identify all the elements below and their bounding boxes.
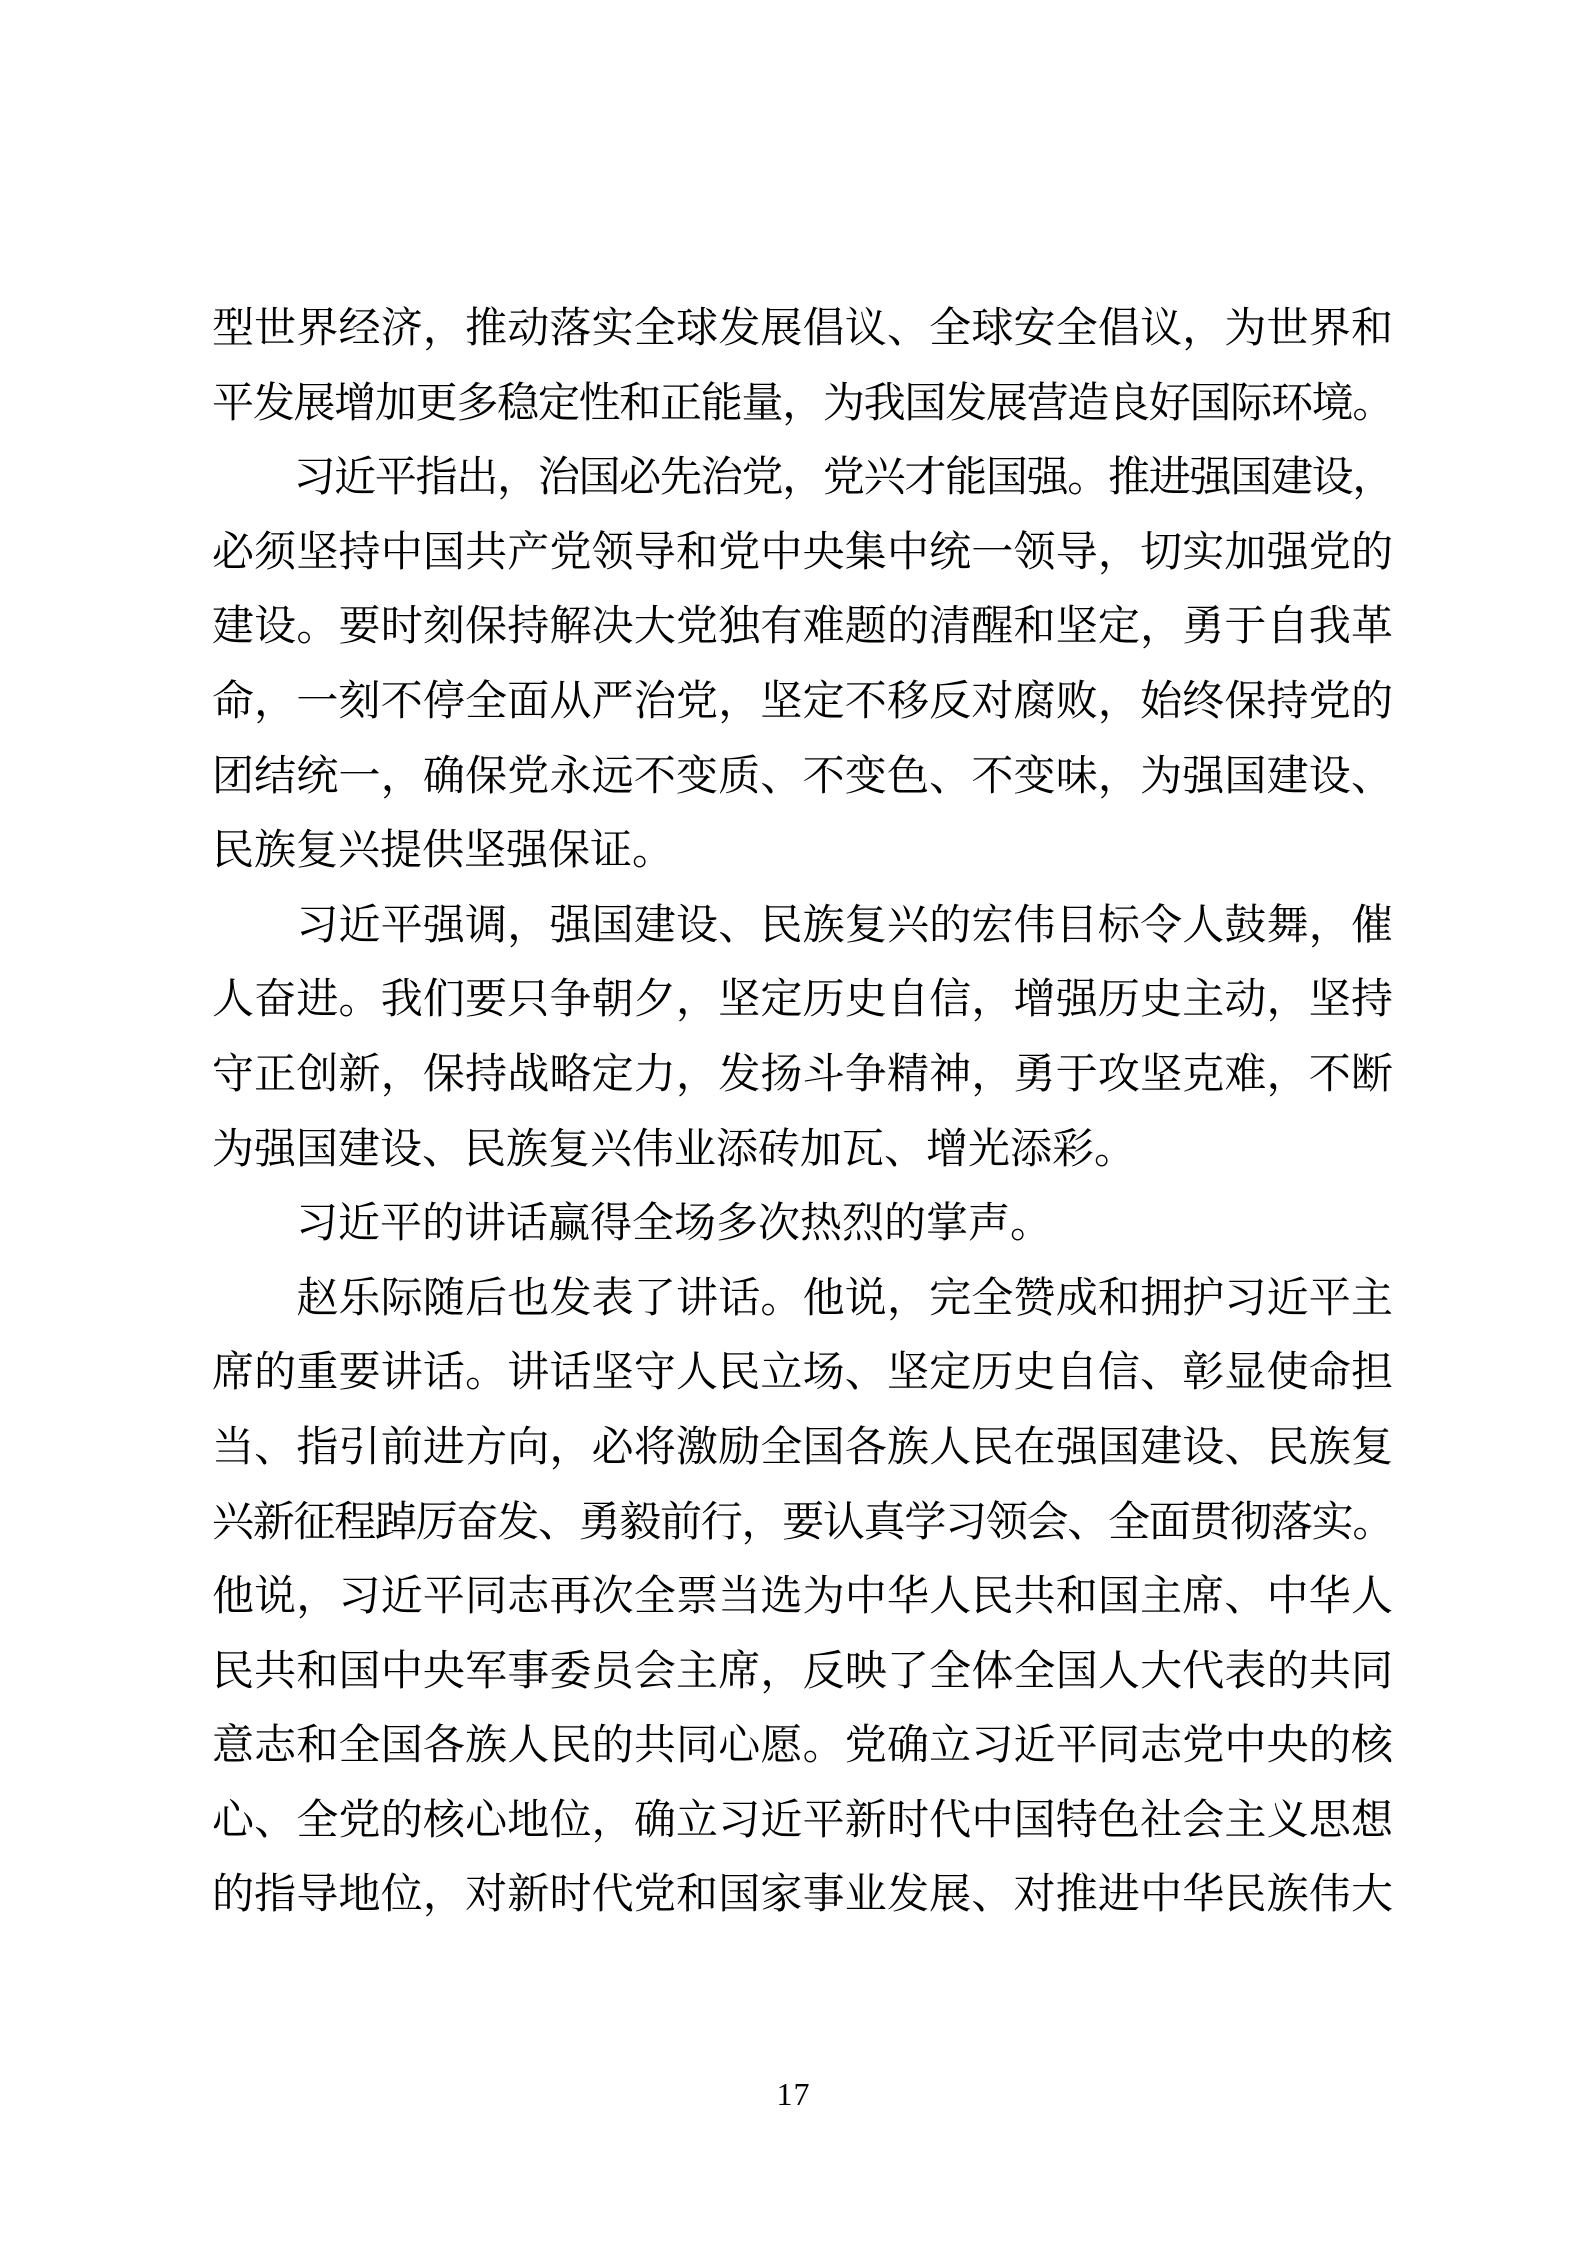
page-footer: 17 [0,2076,1587,2112]
text-line: 守正创新，保持战略定力，发扬斗争精神，勇于攻坚克难，不断 [212,1038,1393,1113]
paragraph: 习近平强调，强国建设、民族复兴的宏伟目标令人鼓舞，催人奋进。我们要只争朝夕，坚定… [212,889,1393,1187]
text-line: 必须坚持中国共产党领导和党中央集中统一领导，切实加强党的 [212,516,1393,591]
text-line: 当、指引前进方向，必将激励全国各族人民在强国建设、民族复 [212,1411,1393,1486]
text-line: 席的重要讲话。讲话坚守人民立场、坚定历史自信、彰显使命担 [212,1336,1393,1411]
text-line: 人奋进。我们要只争朝夕，坚定历史自信，增强历史主动，坚持 [212,963,1393,1038]
text-line: 建设。要时刻保持解决大党独有难题的清醒和坚定，勇于自我革 [212,590,1393,665]
page-number: 17 [777,2076,811,2112]
text-line: 型世界经济，推动落实全球发展倡议、全球安全倡议，为世界和 [212,292,1393,367]
text-line: 意志和全国各族人民的共同心愿。党确立习近平同志党中央的核 [212,1709,1393,1784]
text-line: 兴新征程踔厉奋发、勇毅前行，要认真学习领会、全面贯彻落实。 [212,1486,1393,1561]
text-line: 民共和国中央军事委员会主席，反映了全体全国人大代表的共同 [212,1635,1393,1710]
text-line: 心、全党的核心地位，确立习近平新时代中国特色社会主义思想 [212,1784,1393,1859]
text-line: 命，一刻不停全面从严治党，坚定不移反对腐败，始终保持党的 [212,665,1393,740]
paragraph: 习近平的讲话赢得全场多次热烈的掌声。 [212,1187,1393,1262]
text-line: 习近平强调，强国建设、民族复兴的宏伟目标令人鼓舞，催 [212,889,1393,964]
text-line: 习近平的讲话赢得全场多次热烈的掌声。 [212,1187,1393,1262]
text-line: 平发展增加更多稳定性和正能量，为我国发展营造良好国际环境。 [212,367,1393,442]
document-page: 型世界经济，推动落实全球发展倡议、全球安全倡议，为世界和平发展增加更多稳定性和正… [0,0,1587,2245]
paragraph: 习近平指出，治国必先治党，党兴才能国强。推进强国建设，必须坚持中国共产党领导和党… [212,441,1393,889]
document-body: 型世界经济，推动落实全球发展倡议、全球安全倡议，为世界和平发展增加更多稳定性和正… [212,292,1393,1933]
text-line: 他说，习近平同志再次全票当选为中华人民共和国主席、中华人 [212,1560,1393,1635]
paragraph: 赵乐际随后也发表了讲话。他说，完全赞成和拥护习近平主席的重要讲话。讲话坚守人民立… [212,1262,1393,1933]
text-line: 习近平指出，治国必先治党，党兴才能国强。推进强国建设， [212,441,1393,516]
text-line: 团结统一，确保党永远不变质、不变色、不变味，为强国建设、 [212,740,1393,815]
text-line: 为强国建设、民族复兴伟业添砖加瓦、增光添彩。 [212,1113,1393,1188]
text-line: 民族复兴提供坚强保证。 [212,814,1393,889]
text-line: 赵乐际随后也发表了讲话。他说，完全赞成和拥护习近平主 [212,1262,1393,1337]
paragraph: 型世界经济，推动落实全球发展倡议、全球安全倡议，为世界和平发展增加更多稳定性和正… [212,292,1393,441]
text-line: 的指导地位，对新时代党和国家事业发展、对推进中华民族伟大 [212,1858,1393,1933]
